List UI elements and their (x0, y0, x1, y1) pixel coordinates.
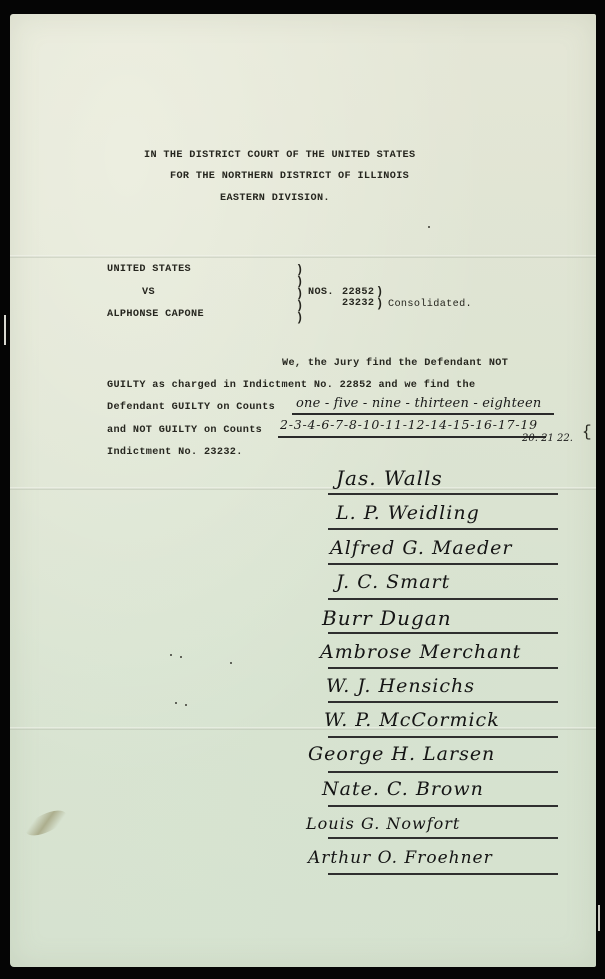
signature-line (328, 736, 558, 738)
signature-line (328, 667, 558, 669)
paper-speck (175, 702, 177, 704)
not-guilty-counts-continued: 20. 21 22. (522, 434, 573, 444)
edge-mark (4, 315, 6, 345)
signature-line (328, 563, 558, 565)
caption-plaintiff: UNITED STATES (107, 265, 191, 275)
juror-signature-11: Louis G. Nowfort (306, 816, 460, 832)
guilty-counts-handwritten: one - five - nine - thirteen - eighteen (296, 397, 541, 410)
case-number-1: 22852 (342, 288, 374, 298)
verdict-line-5: Indictment No. 23232. (107, 448, 243, 458)
signature-line (328, 598, 558, 600)
paper-fold (10, 727, 596, 730)
not-guilty-counts-brace: { (582, 424, 592, 440)
signature-line (328, 771, 558, 773)
court-header-line-3: EASTERN DIVISION. (220, 194, 330, 204)
case-number-brace: ) (376, 298, 383, 310)
paper-speck (180, 656, 182, 658)
juror-signature-3: Alfred G. Maeder (330, 539, 512, 558)
signature-line (328, 493, 558, 495)
verdict-line-1: We, the Jury find the Defendant NOT (282, 359, 508, 369)
court-header-line-1: IN THE DISTRICT COURT OF THE UNITED STAT… (144, 151, 415, 161)
verdict-line-2: GUILTY as charged in Indictment No. 2285… (107, 381, 475, 391)
case-number-label: NOS. (308, 288, 334, 298)
verdict-line-4-prefix: and NOT GUILTY on Counts (107, 426, 262, 436)
caption-defendant: ALPHONSE CAPONE (107, 310, 204, 320)
paper-speck (185, 704, 187, 706)
juror-signature-4: J. C. Smart (336, 573, 450, 592)
guilty-counts-underline (292, 413, 554, 415)
paper-fold (10, 255, 596, 258)
signature-line (328, 873, 558, 875)
juror-signature-10: Nate. C. Brown (322, 780, 484, 799)
paper-speck (170, 654, 172, 656)
signature-line (328, 701, 558, 703)
juror-signature-1: Jas. Walls (336, 468, 443, 488)
juror-signature-2: L. P. Weidling (336, 504, 480, 523)
verdict-document-page: IN THE DISTRICT COURT OF THE UNITED STAT… (10, 14, 596, 967)
caption-versus: VS (142, 288, 155, 298)
signature-line (328, 805, 558, 807)
case-number-2: 23232 (342, 299, 374, 309)
juror-signature-8: W. P. McCormick (324, 711, 500, 730)
paper-stain (22, 806, 69, 841)
court-header-line-2: FOR THE NORTHERN DISTRICT OF ILLINOIS (170, 172, 409, 182)
juror-signature-6: Ambrose Merchant (320, 643, 521, 662)
consolidated-label: Consolidated. (388, 300, 472, 310)
not-guilty-counts-handwritten: 2-3-4-6-7-8-10-11-12-14-15-16-17-19 (280, 419, 538, 432)
juror-signature-5: Burr Dugan (322, 608, 452, 628)
not-guilty-counts-underline (278, 436, 546, 438)
edge-mark (598, 905, 600, 931)
juror-signature-12: Arthur O. Froehner (308, 850, 493, 867)
paper-speck (230, 662, 232, 664)
caption-brace: ) (296, 312, 303, 324)
signature-line (328, 837, 558, 839)
signature-line (328, 632, 558, 634)
juror-signature-9: George H. Larsen (308, 745, 495, 764)
paper-speck (428, 226, 430, 228)
signature-line (328, 528, 558, 530)
verdict-line-3-prefix: Defendant GUILTY on Counts (107, 403, 275, 413)
juror-signature-7: W. J. Hensichs (326, 677, 475, 696)
paper-fold (10, 487, 596, 490)
